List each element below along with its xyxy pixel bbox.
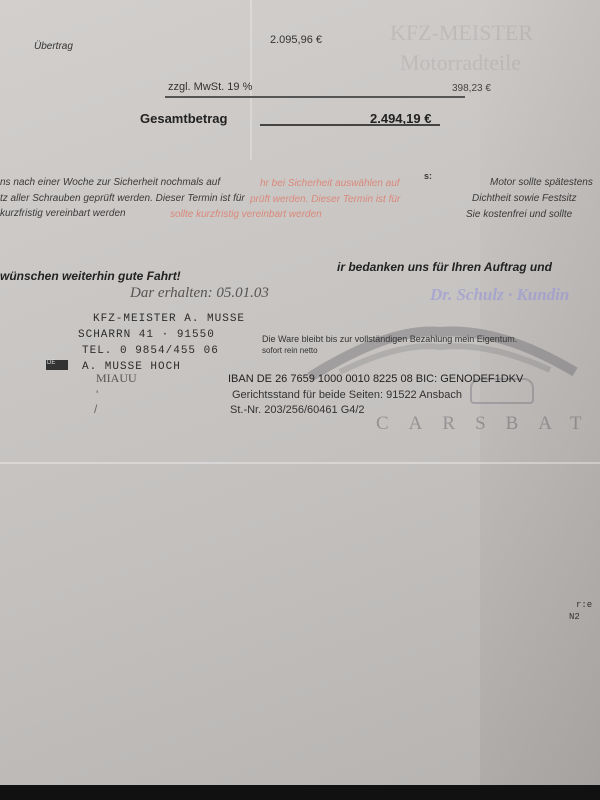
- vat-label: zzgl. MwSt. 19 %: [168, 81, 252, 93]
- carry-over-value: 2.095,96 €: [270, 34, 322, 46]
- flag-label: DE: [47, 360, 55, 366]
- note-left-line-1: ns nach einer Woche zur Sicherheit nochm…: [0, 177, 220, 188]
- ownership-note: Die Ware bleibt bis zur vollständigen Be…: [262, 334, 517, 344]
- thanks-line-right: ir bedanken uns für Ihren Auftrag und: [337, 260, 552, 274]
- payment-terms: sofort rein netto: [262, 346, 318, 355]
- vat-value: 398,23 €: [452, 83, 491, 94]
- note-red-overlay-2: prüft werden. Dieser Termin ist für: [250, 194, 400, 205]
- note-left-line-2: tz aller Schrauben geprüft werden. Diese…: [0, 193, 245, 204]
- note-right-line-2: Dichtheit sowie Festsitz: [472, 193, 576, 204]
- watermark-line-2: Motorradteile: [400, 50, 521, 76]
- corner-text-1: r:e: [576, 600, 592, 610]
- note-right-line-3: Sie kostenfrei und sollte: [466, 209, 572, 220]
- note-right-heading: s:: [424, 171, 432, 181]
- photo-edge: [0, 785, 600, 800]
- carry-over-label: Übertrag: [34, 41, 73, 52]
- note-left-line-3: kurzfristig vereinbart werden: [0, 208, 126, 219]
- grand-total-label: Gesamtbetrag: [140, 111, 227, 126]
- thanks-line-left: wünschen weiterhin gute Fahrt!: [0, 269, 181, 283]
- grand-total-underline: [260, 124, 440, 126]
- company-logo-text: CARSBAT: [376, 413, 600, 435]
- handwritten-signature: Dar erhalten: 05.01.03: [130, 285, 269, 302]
- paper-crease: [250, 0, 252, 160]
- stamp-line-3: TEL. 0 9854/455 06: [82, 345, 219, 357]
- vat-underline: [165, 96, 465, 98]
- note-red-overlay-1: hr bei Sicherheit auswählen auf: [260, 178, 400, 189]
- blue-stamp: Dr. Schulz · Kundin: [430, 285, 569, 305]
- paper-fold: [0, 462, 600, 464]
- bank-details: IBAN DE 26 7659 1000 0010 8225 08 BIC: G…: [228, 373, 523, 385]
- corner-text-2: N2: [569, 612, 580, 622]
- handwritten-mark-1: ': [96, 388, 98, 402]
- jurisdiction: Gerichtsstand für beide Seiten: 91522 An…: [232, 389, 462, 401]
- handwritten-mark-2: /: [94, 402, 97, 416]
- handwritten-initials: MIAUU: [96, 371, 137, 386]
- watermark-line-1: KFZ-MEISTER: [390, 20, 533, 46]
- stamp-line-1: KFZ-MEISTER A. MUSSE: [93, 313, 245, 325]
- note-red-overlay-3: sollte kurzfristig vereinbart werden: [170, 209, 322, 220]
- stamp-line-2: SCHARRN 41 · 91550: [78, 329, 215, 341]
- tax-id: St.-Nr. 203/256/60461 G4/2: [230, 404, 365, 416]
- note-right-line-1: Motor sollte spätestens: [490, 177, 593, 188]
